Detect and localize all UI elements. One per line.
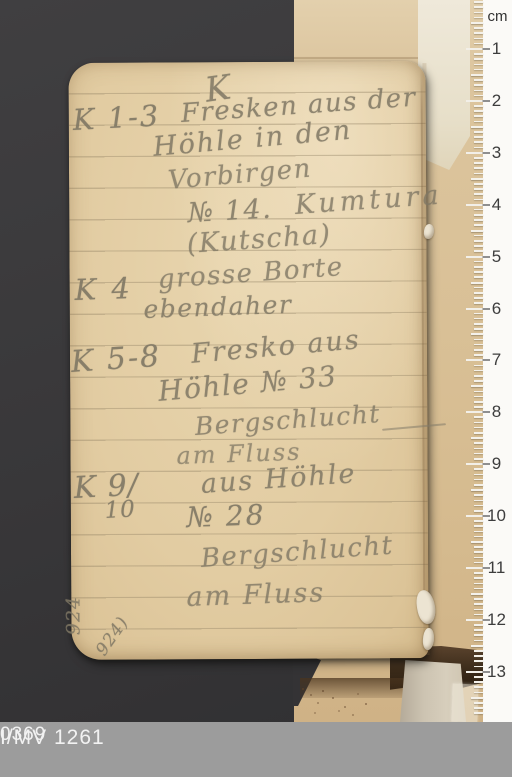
ruler-tick xyxy=(471,126,483,128)
ruler-tick xyxy=(474,396,483,398)
ruler-tick xyxy=(474,157,483,159)
ruler-tick xyxy=(474,629,483,631)
ruler-tick xyxy=(474,323,483,325)
ruler-number: 11 xyxy=(483,558,510,578)
ruler-number: 6 xyxy=(483,299,510,319)
ruler-tick xyxy=(474,167,483,169)
ruler-tick xyxy=(471,645,483,647)
ruler-tick xyxy=(474,349,483,351)
speckle-dots xyxy=(302,688,304,690)
ruler-tick xyxy=(474,634,483,636)
ruler-tick xyxy=(474,583,483,585)
ruler-tick xyxy=(474,479,483,481)
ruler-tick xyxy=(474,474,483,476)
ruler-tick xyxy=(474,69,483,71)
ruler-tick xyxy=(474,458,483,460)
ruler-tick xyxy=(474,313,483,315)
ruler-tick xyxy=(474,588,483,590)
handwriting-line: K 1-3 xyxy=(72,101,161,135)
ruler-tick xyxy=(474,391,483,393)
ruler-unit-label: cm xyxy=(483,8,512,25)
ruler-tick xyxy=(474,235,483,237)
ruler-tick xyxy=(474,53,483,55)
ruler-tick xyxy=(474,432,483,434)
ruler-tick xyxy=(474,494,483,496)
ruler-tick xyxy=(474,6,483,8)
ruler-tick xyxy=(474,422,483,424)
ruler-tick xyxy=(474,531,483,533)
ruler-tick xyxy=(474,406,483,408)
ruler-tick xyxy=(474,681,483,683)
ruler-tick xyxy=(471,22,483,24)
ruler-tick xyxy=(474,147,483,149)
ruler-tick xyxy=(474,442,483,444)
margin-note: 924 xyxy=(65,587,84,645)
ruler-tick xyxy=(474,448,483,450)
ruler-tick xyxy=(474,209,483,211)
scan-page-number: 0369 xyxy=(0,722,46,746)
handwriting-line: K 4 xyxy=(74,274,133,305)
ruler-tick xyxy=(474,131,483,133)
ruler-tick xyxy=(474,609,483,611)
ruler-tick xyxy=(474,90,483,92)
ruler-tick xyxy=(474,121,483,123)
ruler-number: 5 xyxy=(483,247,510,267)
ruler-tick xyxy=(474,686,483,688)
ruler-tick xyxy=(474,427,483,429)
ruler-tick xyxy=(474,370,483,372)
backing-paper-seam xyxy=(294,57,432,59)
ruler-tick xyxy=(474,380,483,382)
ruler-tick xyxy=(474,17,483,19)
ruler-tick xyxy=(474,572,483,574)
ruler-tick xyxy=(474,214,483,216)
ruler-tick xyxy=(474,188,483,190)
ruler-tick xyxy=(474,276,483,278)
ruler-tick xyxy=(474,183,483,185)
ruler-tick xyxy=(471,333,483,335)
ruler-tick xyxy=(474,557,483,559)
ruler-tick xyxy=(474,707,483,709)
ruler-tick xyxy=(474,141,483,143)
ruler-tick xyxy=(474,43,483,45)
handwriting-line: 10 xyxy=(104,498,136,523)
ruler-tick xyxy=(474,505,483,507)
ruler-tick xyxy=(474,250,483,252)
ruler-tick xyxy=(474,287,483,289)
ruler-tick xyxy=(474,712,483,714)
ruler-tick xyxy=(474,115,483,117)
ruler-tick xyxy=(474,318,483,320)
ruler-number: 8 xyxy=(483,402,510,422)
ruler-tick xyxy=(474,162,483,164)
ruler-tick xyxy=(474,32,483,34)
ruler-tick xyxy=(474,598,483,600)
handwriting-line: K 5-8 xyxy=(70,342,162,378)
ruler-tick xyxy=(474,173,483,175)
ruler-tick xyxy=(474,245,483,247)
ruler-tick xyxy=(474,110,483,112)
ruler-tick xyxy=(474,536,483,538)
ruler-tick xyxy=(474,614,483,616)
ruler-tick xyxy=(474,603,483,605)
ruler-tick xyxy=(474,666,483,668)
ruler-tick xyxy=(474,546,483,548)
ruler-tick xyxy=(474,292,483,294)
ruler-tick xyxy=(474,577,483,579)
ruler-number: 10 xyxy=(483,506,510,526)
ruler-tick xyxy=(474,58,483,60)
ruler-number: 7 xyxy=(483,350,510,370)
ruler-tick xyxy=(471,593,483,595)
ruler-tick xyxy=(474,562,483,564)
ruler-tick xyxy=(474,193,483,195)
ruler-number: 12 xyxy=(483,610,510,630)
ruler-tick xyxy=(474,136,483,138)
ruler-tick xyxy=(474,84,483,86)
paper-fold-shadow xyxy=(300,678,404,698)
ruler-number: 1 xyxy=(483,39,510,59)
ruler-tick xyxy=(474,95,483,97)
ruler-tick xyxy=(474,676,483,678)
ruler-tick xyxy=(471,697,483,699)
ruler-tick xyxy=(471,230,483,232)
ruler-tick xyxy=(474,224,483,226)
ruler-tick xyxy=(474,365,483,367)
ruler-tick xyxy=(474,640,483,642)
ruler-tick xyxy=(474,692,483,694)
ruler-tick xyxy=(474,660,483,662)
ruler-tick xyxy=(474,38,483,40)
ruler-number: 2 xyxy=(483,91,510,111)
handwriting-line: № 14. xyxy=(187,196,273,227)
handwriting-line: am Fluss xyxy=(186,579,326,611)
ruler-tick xyxy=(474,297,483,299)
ruler-tick xyxy=(471,282,483,284)
ruler-number: 3 xyxy=(483,143,510,163)
ruler-tick xyxy=(474,453,483,455)
ruler-tick xyxy=(471,74,483,76)
ruler-tick xyxy=(474,27,483,29)
ruler-tick xyxy=(474,199,483,201)
ruler-tick xyxy=(471,489,483,491)
ruler-tick xyxy=(471,437,483,439)
ruler-tick xyxy=(474,261,483,263)
ruler-tick xyxy=(474,266,483,268)
ruler-tick xyxy=(474,702,483,704)
ruler-tick xyxy=(474,484,483,486)
ruler-tick xyxy=(471,385,483,387)
ruler-tick xyxy=(474,468,483,470)
ruler-tick xyxy=(474,624,483,626)
ruler-tick xyxy=(474,64,483,66)
ruler-tick xyxy=(474,79,483,81)
ruler-tick xyxy=(474,520,483,522)
ruler-tick xyxy=(474,551,483,553)
ruler-tick xyxy=(474,416,483,418)
ruler-tick xyxy=(474,271,483,273)
ruler-tick xyxy=(474,339,483,341)
handwriting-line: ebendaher xyxy=(143,292,293,322)
ruler-tick xyxy=(474,1,483,3)
ruler-tick xyxy=(471,178,483,180)
ruler-number: 4 xyxy=(483,195,510,215)
ruler-tick xyxy=(474,105,483,107)
ruler-tick xyxy=(474,219,483,221)
ruler-number: 13 xyxy=(483,662,510,682)
ruler-tick xyxy=(474,525,483,527)
ruler-tick xyxy=(474,655,483,657)
ruler-tick xyxy=(474,375,483,377)
ruler-tick xyxy=(474,650,483,652)
archive-photo: KK 1-3Fresken aus derHöhle in denVorbirg… xyxy=(0,0,512,777)
ruler-number: 9 xyxy=(483,454,510,474)
ruler-tick xyxy=(471,541,483,543)
catalog-label-bar: I/MV 1261 0369 xyxy=(0,722,512,777)
ruler-tick xyxy=(474,500,483,502)
ruler-tick xyxy=(474,354,483,356)
ruler-tick xyxy=(474,401,483,403)
ruler-tick xyxy=(474,344,483,346)
handwriting-line: № 28 xyxy=(186,501,266,532)
ruler-tick xyxy=(474,302,483,304)
ruler-tick xyxy=(474,240,483,242)
ruler-tick xyxy=(474,328,483,330)
ruler-tick xyxy=(474,510,483,512)
ruler-tick xyxy=(474,12,483,14)
